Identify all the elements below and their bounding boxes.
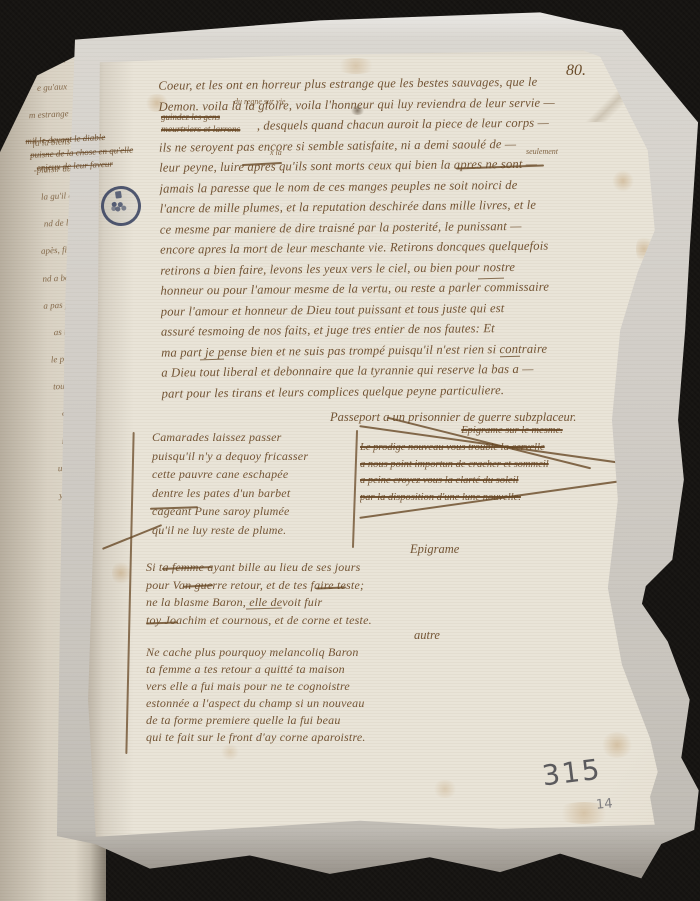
text-fragment: nd de l'y [0, 217, 75, 249]
poem-epigrame: Si ta femme ayant bille au lieu de ses j… [146, 560, 372, 630]
interline-insertion: x la [270, 148, 282, 157]
crossed-out-insertion: guindez les gens [161, 112, 220, 122]
poem-line: vers elle a fui mais pour ne te cognoist… [146, 679, 366, 696]
column-divider-stroke [352, 430, 358, 548]
poem-line: dentre les pates d'un barbet [152, 486, 308, 505]
poem-line: qui te fait sur le front d'ay corne apar… [146, 730, 366, 747]
manuscript-photo: -clacté ile gu'auxm estrangefa la biens-… [0, 0, 700, 901]
main-text-block: Coeur, et les ont en horreur plus estran… [158, 73, 673, 406]
foxing-spot [334, 58, 378, 74]
foxing-spot [432, 780, 458, 798]
text-fragment: la gu'il a [0, 190, 74, 222]
text-fragment: -clacté il [0, 54, 67, 86]
poem-line: cette pauvre cane eschapée [152, 467, 308, 486]
interline-insertion: du regne sur vie [234, 97, 285, 106]
poem-line: Camarades laissez passer [152, 430, 308, 449]
poem-autre: Ne cache plus pourquoy melancoliq Baront… [146, 645, 366, 747]
text-fragment: e gu'aux [0, 81, 68, 113]
poem-line: estonnée a l'aspect du champ si un nouve… [146, 696, 366, 713]
poem-line: qu'il ne luy reste de plume. [152, 523, 308, 542]
section-title-epigrame: Epigrame [410, 542, 459, 557]
interline-insertion: seulement [526, 147, 558, 156]
pencil-foliation: 14 [595, 796, 613, 812]
poem-line: ne la blasme Baron, elle devoit fuir [146, 595, 372, 613]
foxing-spot [600, 732, 634, 758]
section-title-autre: autre [414, 628, 440, 643]
pencil-shelfmark: 315 [540, 753, 603, 793]
poem-camarades: Camarades laissez passerpuisqu'il n'y a … [152, 430, 308, 541]
section-title-passeport: Passeport a un prisonnier de guerre subz… [330, 410, 576, 425]
margin-pen-line [125, 432, 134, 754]
poem-line: de ta forme premiere quelle la fui beau [146, 713, 366, 730]
poem-line: toy Joachim et cournous, et de corne et … [146, 613, 372, 631]
poem-line: puisqu'il n'y a dequoy fricasser [152, 449, 308, 468]
foxing-spot [112, 560, 130, 586]
text-fragment: apès, fil y [0, 244, 77, 276]
poem-line: Ne cache plus pourquoy melancoliq Baron [146, 645, 366, 662]
crossed-margin-note: mil le devant le diablepuisne de la chos… [25, 127, 185, 176]
poem-line: ta femme a tes retour a quitté ta maison [146, 662, 366, 679]
manuscript-line: part pour les tirans et leurs complices … [162, 381, 674, 407]
